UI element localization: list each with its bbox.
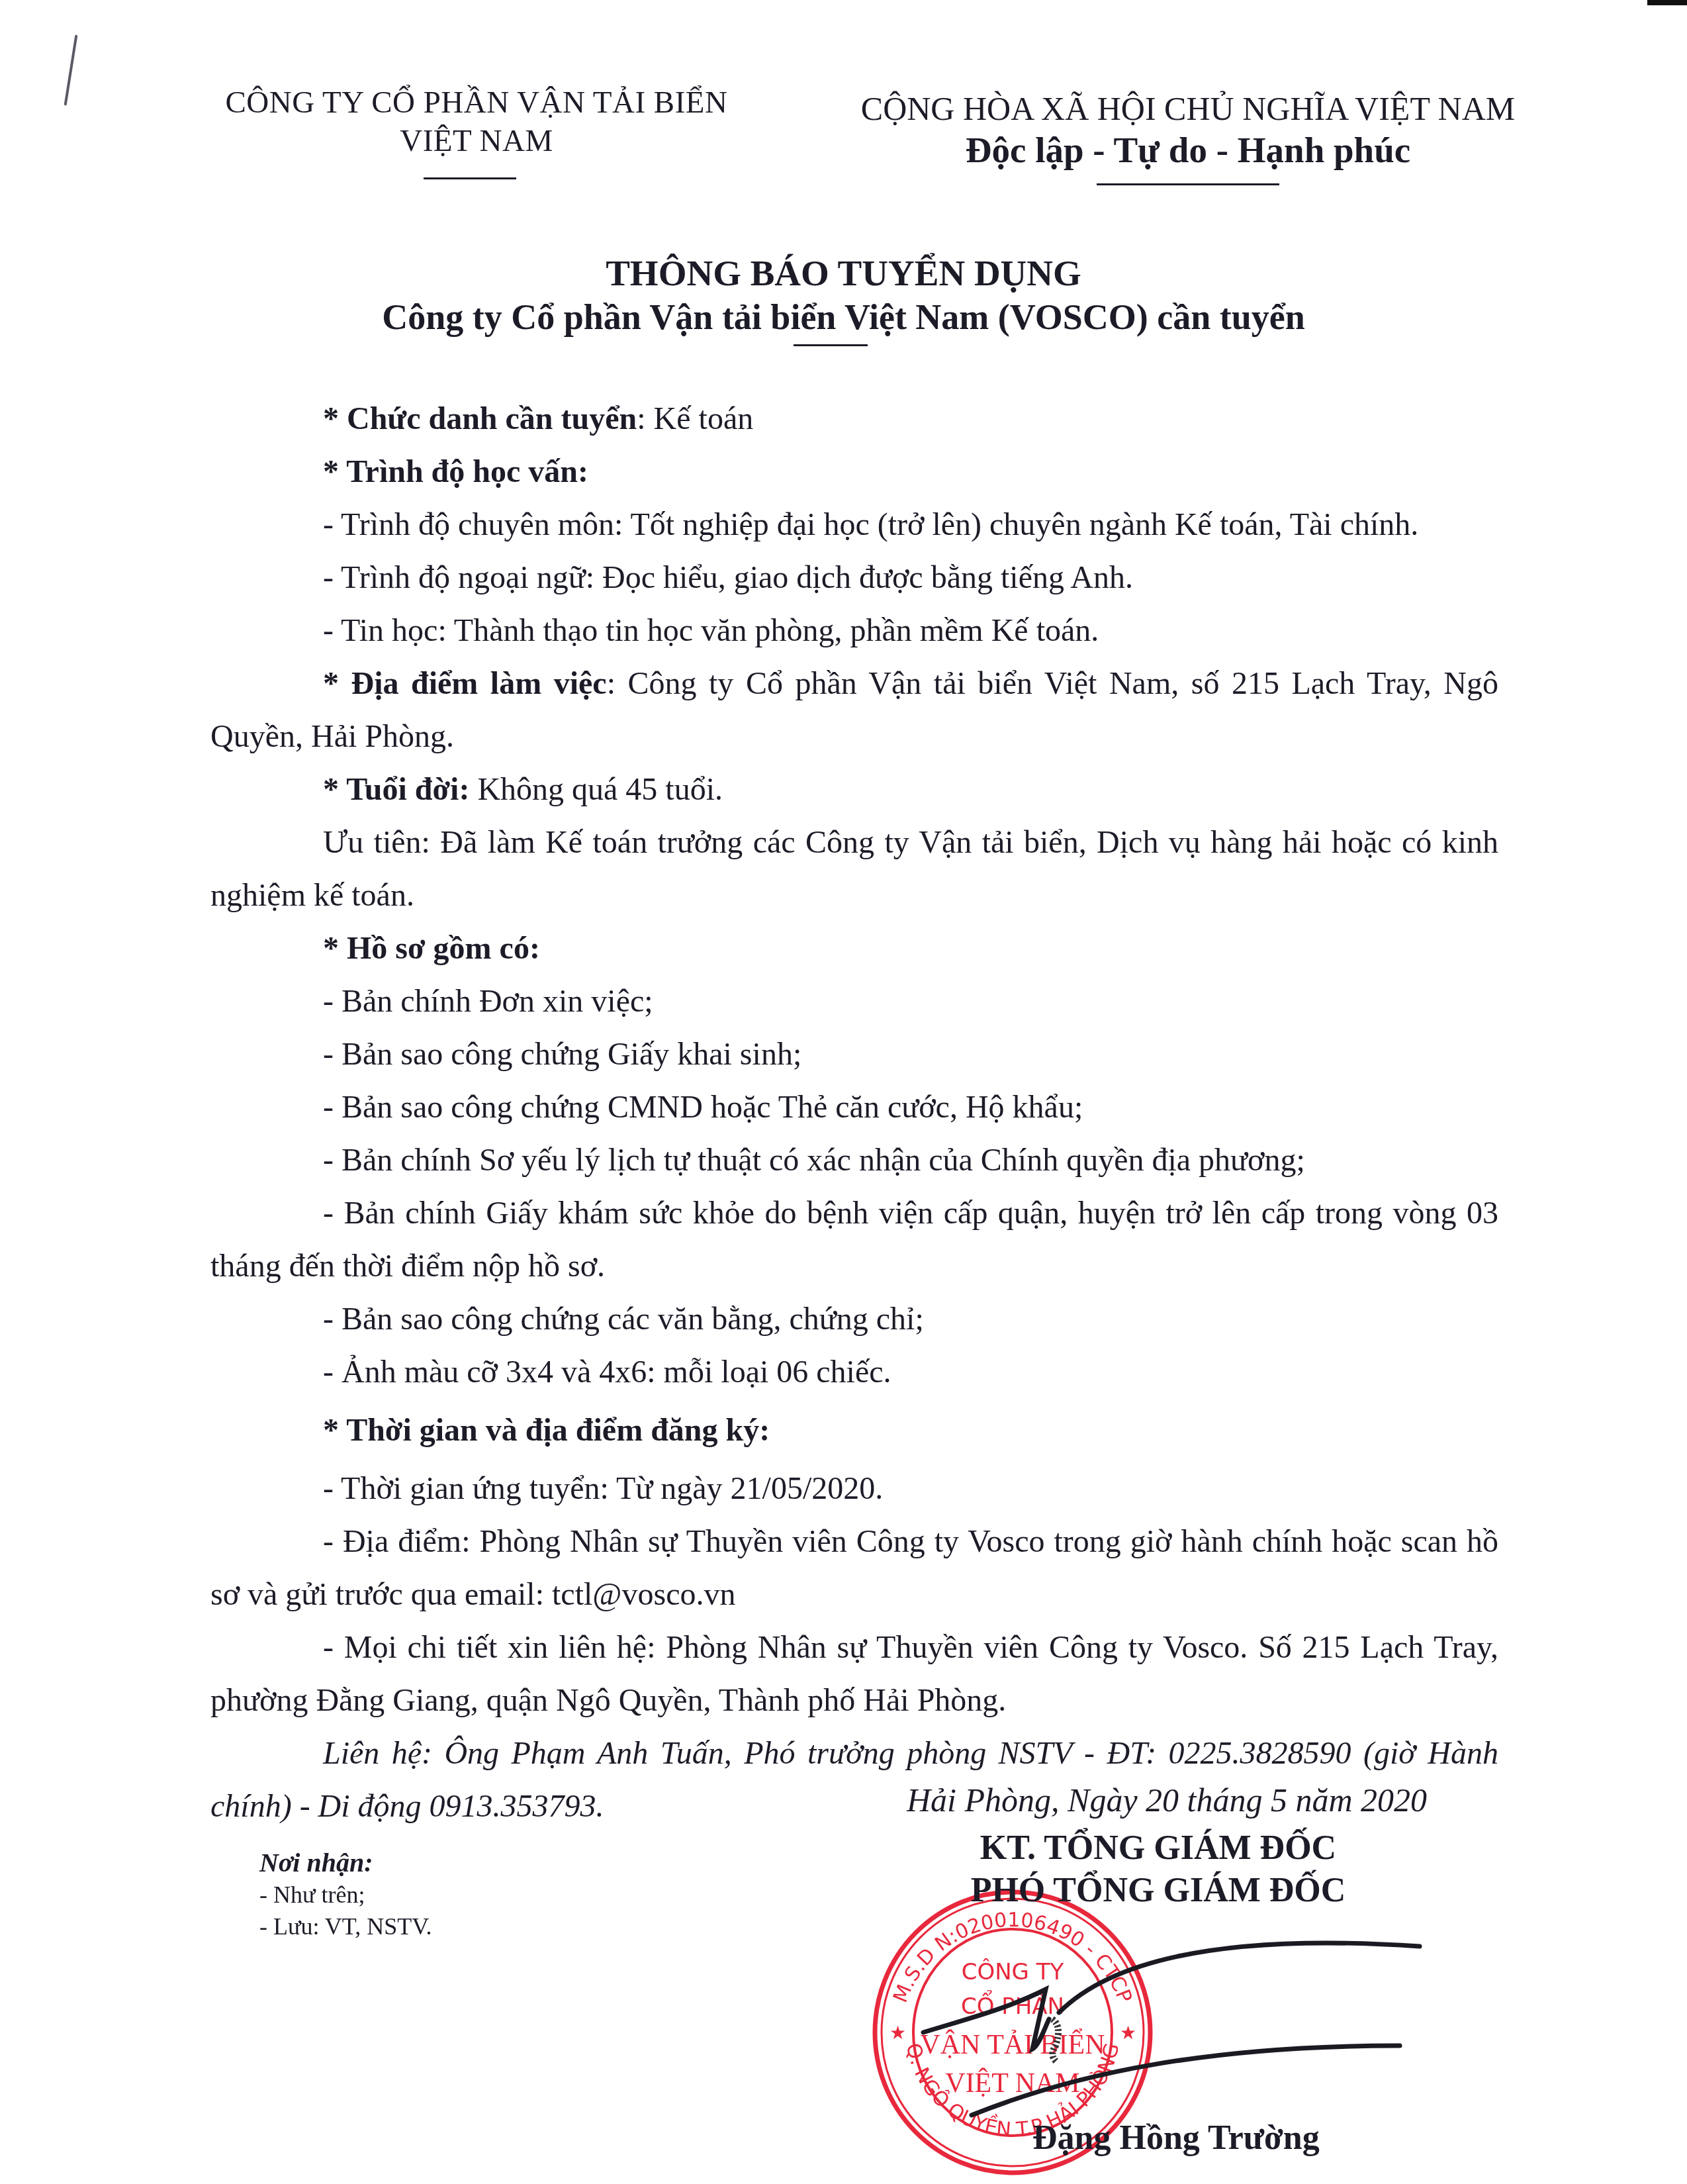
scan-edge-mark [1647,0,1687,5]
national-motto: Độc lập - Tự do - Hạnh phúc [821,129,1555,171]
document-item: - Bản sao công chứng Giấy khai sinh; [210,1028,1498,1081]
position-line: * Chức danh cần tuyển: Kế toán [210,393,1498,446]
signatory-title-line1: KT. TỔNG GIÁM ĐỐC [860,1827,1456,1870]
recipient-item: - Như trên; [259,1879,432,1911]
pen-mark [64,34,78,105]
registration-item: - Địa điểm: Phòng Nhân sự Thuyền viên Cô… [210,1515,1498,1621]
title-rule [794,344,868,346]
document-item: - Bản chính Sơ yếu lý lịch tự thuật có x… [210,1134,1498,1187]
documents-heading: * Hồ sơ gồm có: [210,922,1498,975]
age-value: Không quá 45 tuổi. [469,772,723,807]
national-header-rule [1097,183,1279,185]
position-value: : Kế toán [637,401,753,436]
education-item: - Trình độ chuyên môn: Tốt nghiệp đại họ… [210,499,1498,551]
title-sub: Công ty Cổ phần Vận tải biển Việt Nam (V… [0,295,1687,339]
company-name-line2: VIỆT NAM [179,122,774,160]
document-item: - Ảnh màu cỡ 3x4 và 4x6: mỗi loại 06 chi… [210,1346,1498,1399]
age-label: * Tuổi đời: [323,772,469,807]
issue-date: Hải Phòng, Ngày 20 tháng 5 năm 2020 [907,1781,1427,1819]
signatory-title: KT. TỔNG GIÁM ĐỐC PHÓ TỔNG GIÁM ĐỐC [860,1827,1456,1912]
title-main: THÔNG BÁO TUYỂN DỤNG [0,252,1687,295]
signer-name: Đặng Hồng Trường [1032,2118,1320,2158]
education-item: - Tin học: Thành thạo tin học văn phòng,… [210,604,1498,657]
document-item: - Bản chính Đơn xin việc; [210,975,1498,1028]
education-heading: * Trình độ học vấn: [210,446,1498,499]
recipients-label: Nơi nhận: [259,1847,432,1879]
document-item: - Bản sao công chứng các văn bằng, chứng… [210,1293,1498,1346]
workplace-line: * Địa điểm làm việc: Công ty Cổ phần Vận… [210,657,1498,763]
company-header: CÔNG TY CỔ PHẦN VẬN TẢI BIỂN VIỆT NAM [179,83,774,179]
document-item: - Bản sao công chứng CMND hoặc Thẻ căn c… [210,1081,1498,1134]
document-title: THÔNG BÁO TUYỂN DỤNG Công ty Cổ phần Vận… [0,252,1687,346]
education-item: - Trình độ ngoại ngữ: Đọc hiểu, giao dịc… [210,551,1498,604]
registration-heading: * Thời gian và địa điểm đăng ký: [210,1404,1498,1457]
recipients-block: Nơi nhận: - Như trên; - Lưu: VT, NSTV. [259,1847,432,1942]
document-item: - Bản chính Giấy khám sức khỏe do bệnh v… [210,1187,1498,1293]
position-label: * Chức danh cần tuyển [323,401,637,436]
document-body: * Chức danh cần tuyển: Kế toán * Trình đ… [210,393,1498,1833]
signatory-title-line2: PHÓ TỔNG GIÁM ĐỐC [860,1870,1456,1912]
workplace-label: * Địa điểm làm việc [323,666,607,701]
company-header-rule [424,177,516,179]
priority-line: Ưu tiên: Đã làm Kế toán trưởng các Công … [210,816,1498,922]
company-name-line1: CÔNG TY CỔ PHẦN VẬN TẢI BIỂN [179,83,774,122]
registration-item: - Mọi chi tiết xin liên hệ: Phòng Nhân s… [210,1621,1498,1727]
registration-item: - Thời gian ứng tuyển: Từ ngày 21/05/202… [210,1462,1498,1515]
national-header: CỘNG HÒA XÃ HỘI CHỦ NGHĨA VIỆT NAM Độc l… [821,88,1555,185]
age-line: * Tuổi đời: Không quá 45 tuổi. [210,763,1498,816]
stamp-star-icon: ★ [889,2022,906,2044]
recipient-item: - Lưu: VT, NSTV. [259,1911,432,1942]
nation-name: CỘNG HÒA XÃ HỘI CHỦ NGHĨA VIỆT NAM [821,88,1555,129]
